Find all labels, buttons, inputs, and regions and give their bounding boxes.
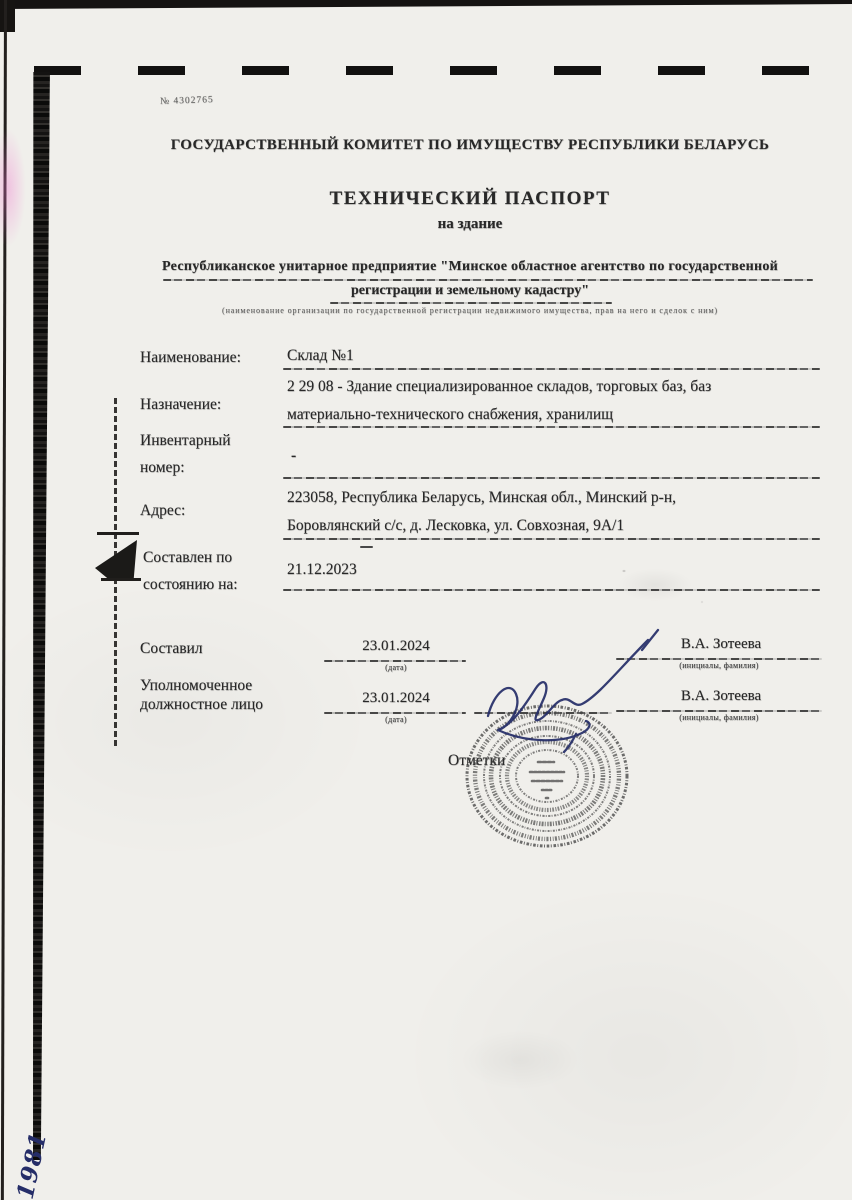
signature-caption-date: (дата) — [330, 715, 462, 724]
field-value-purpose-line1: 2 29 08 - Здание специализированное скла… — [287, 378, 711, 396]
organization-underline-2 — [330, 302, 612, 304]
signature-label-compiled: Составил — [140, 640, 203, 658]
signature-underline-date — [324, 712, 466, 714]
signature-underline-date — [324, 660, 466, 662]
field-underline — [283, 368, 820, 370]
scanned-document-page: № 4302765 ГОСУДАРСТВЕННЫЙ КОМИТЕТ ПО ИМУ… — [0, 0, 852, 1200]
field-underline — [283, 538, 820, 540]
scan-speck — [360, 546, 373, 548]
document-title: ТЕХНИЧЕСКИЙ ПАСПОРТ — [150, 188, 790, 210]
organization-underline-1 — [163, 279, 813, 281]
field-underline — [283, 477, 820, 479]
handwritten-archive-number: 1981 — [12, 1129, 53, 1200]
signature-label-official-line1: Уполномоченное — [140, 677, 252, 695]
document-subtitle: на здание — [150, 216, 790, 233]
form-number-stamp: № 4302765 — [160, 95, 214, 107]
field-label-inventory-line1: Инвентарный — [140, 432, 231, 450]
field-value-purpose-line2: материально-технического снабжения, хран… — [287, 406, 613, 424]
field-value-address-line2: Боровлянский с/с, д. Лесковка, ул. Совхо… — [287, 517, 624, 535]
committee-heading: ГОСУДАРСТВЕННЫЙ КОМИТЕТ ПО ИМУЩЕСТВУ РЕС… — [140, 137, 800, 154]
signature-label-official-line2: должностное лицо — [140, 696, 263, 714]
signature-date-compiled: 23.01.2024 — [330, 638, 462, 655]
handwritten-signature — [448, 628, 668, 753]
field-label-asof-line1: Составлен по — [143, 549, 232, 567]
signature-caption-date: (дата) — [330, 663, 462, 672]
field-value-address-line1: 223058, Республика Беларусь, Минская обл… — [287, 489, 676, 507]
field-label-purpose: Назначение: — [140, 396, 221, 414]
field-value-asof: 21.12.2023 — [287, 561, 357, 579]
organization-name-line2: регистрации и земельному кадастру" — [110, 283, 830, 299]
organization-name-line1: Республиканское унитарное предприятие "М… — [110, 259, 830, 275]
field-label-address: Адрес: — [140, 502, 185, 520]
field-label-inventory-line2: номер: — [140, 459, 185, 477]
field-value-name: Склад №1 — [287, 347, 354, 365]
field-underline — [283, 589, 820, 591]
signature-date-official: 23.01.2024 — [330, 690, 462, 707]
field-underline — [283, 426, 820, 428]
field-label-name: Наименование: — [140, 349, 241, 367]
organization-caption: (наименование организации по государстве… — [100, 306, 840, 315]
field-value-inventory: - — [291, 447, 296, 465]
field-label-asof-line2: состоянию на: — [143, 576, 238, 594]
